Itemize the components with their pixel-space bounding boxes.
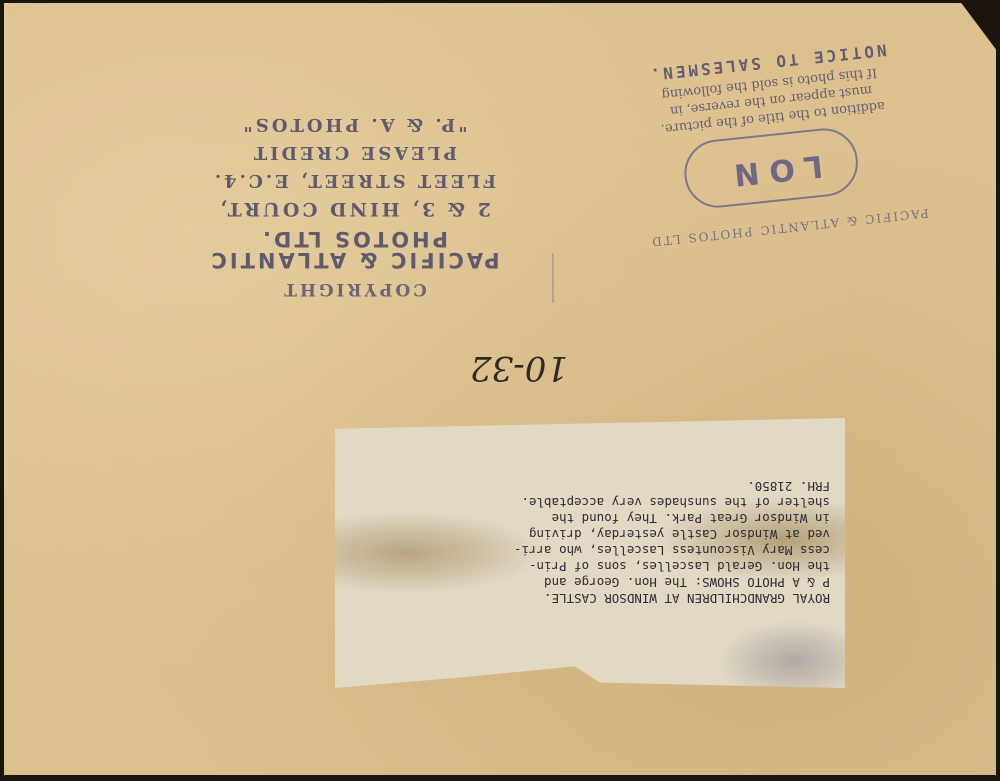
caption-line: ved at Windsor Castle yesterday, driving: [355, 526, 830, 542]
caption-slip: ROYAL GRANDCHILDREN AT WINDSOR CASTLE.P …: [335, 418, 845, 688]
handwritten-note: 10-32: [449, 333, 589, 388]
stamp-border-mark: [552, 253, 554, 303]
caption-line: in Windsor Great Park. They found the: [355, 510, 830, 526]
credit-line-company: PACIFIC & ATLANTIC PHOTOS LTD.: [154, 228, 554, 270]
caption-text: ROYAL GRANDCHILDREN AT WINDSOR CASTLE.P …: [355, 478, 830, 606]
credit-line-agency: "P. & A. PHOTOS": [154, 115, 554, 133]
caption-line: cess Mary Viscountess Lascelles, who arr…: [355, 542, 830, 558]
credit-line-address-1: 2 & 3, HIND COURT,: [154, 199, 554, 218]
caption-line: the Hon. Gerald Lascelles, sons of Prin-: [355, 558, 830, 574]
caption-line: P & A PHOTO SHOWS: The Hon. George and: [355, 574, 830, 590]
notice-body: addition to the title of the picture. mu…: [617, 38, 923, 141]
caption-line: ROYAL GRANDCHILDREN AT WINDSOR CASTLE.: [355, 590, 830, 606]
credit-line-address-2: FLEET STREET, E.C.4.: [154, 171, 554, 189]
caption-line: FRH. 21850.: [355, 478, 830, 494]
notice-to-salesmen-stamp: PACIFIC & ATLANTIC PHOTOS LTD LON additi…: [603, 0, 955, 260]
copyright-credit-stamp: COPYRIGHT PACIFIC & ATLANTIC PHOTOS LTD.…: [154, 108, 554, 303]
credit-line-copyright: COPYRIGHT: [154, 280, 554, 297]
credit-line-please-credit: PLEASE CREDIT: [154, 143, 554, 161]
caption-line: shelter of the sunshades very acceptable…: [355, 494, 830, 510]
notice-company-name: PACIFIC & ATLANTIC PHOTOS LTD: [625, 203, 955, 251]
